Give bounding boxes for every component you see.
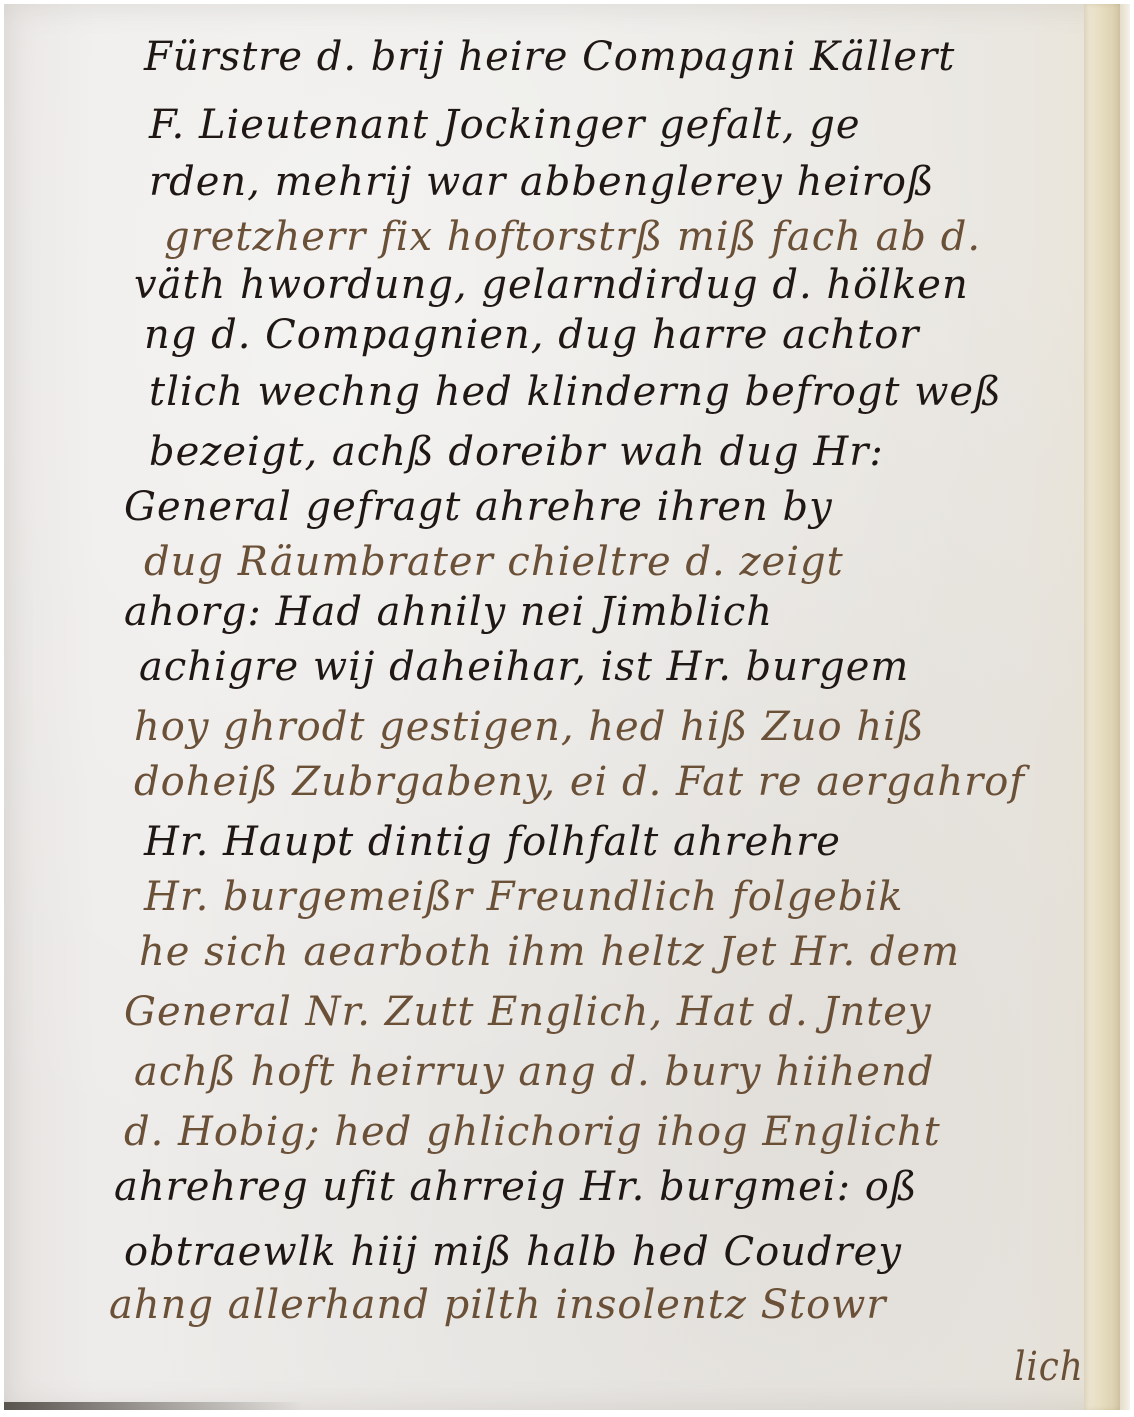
handwritten-line: dug Räumbrater chieltre d. zeigt bbox=[144, 539, 844, 585]
handwritten-line: rden, mehrij war abbenglerey heiroß bbox=[149, 159, 935, 205]
handwritten-line: lich bbox=[1014, 1344, 1084, 1390]
handwritten-line: he sich aearboth ihm heltz Jet Hr. dem bbox=[139, 929, 960, 975]
handwritten-line: ahng allerhand pilth insolentz Stowr bbox=[109, 1282, 887, 1328]
handwritten-line: bezeigt, achß doreibr wah dug Hr: bbox=[149, 429, 884, 475]
handwritten-line: tlich wechng hed klinderng befrogt weß bbox=[149, 369, 1002, 415]
handwritten-line: F. Lieutenant Jockinger gefalt, ge bbox=[149, 102, 861, 148]
handwritten-line: General gefragt ahrehre ihren by bbox=[124, 484, 833, 530]
handwritten-line: Hr. burgemeißr Freundlich folgebik bbox=[144, 874, 904, 920]
handwritten-line: d. Hobig; hed ghlichorig ihog Englicht bbox=[124, 1109, 941, 1155]
handwritten-line: gretzherr fix hoftorstrß miß fach ab d. bbox=[164, 214, 981, 260]
handwritten-line: doheiß Zubrgabeny, ei d. Fat re aergahro… bbox=[134, 759, 1025, 805]
handwritten-line: Fürstre d. brij heire Compagni Källert bbox=[144, 34, 955, 80]
handwritten-line: General Nr. Zutt Englich, Hat d. Jntey bbox=[124, 989, 932, 1035]
handwritten-line: ahorg: Had ahnily nei Jimblich bbox=[124, 589, 773, 635]
manuscript-page: Fürstre d. brij heire Compagni Källert F… bbox=[4, 4, 1130, 1410]
handwritten-line: achigre wij daheihar, ist Hr. burgem bbox=[139, 644, 909, 690]
handwritten-line: achß hoft heirruy ang d. bury hiihend bbox=[134, 1049, 934, 1095]
handwritten-text-block: Fürstre d. brij heire Compagni Källert F… bbox=[4, 4, 1130, 1410]
handwritten-line: väth hwordung, gelarndirdug d. hölken bbox=[134, 262, 969, 308]
handwritten-line: obtraewlk hiij miß halb hed Coudrey bbox=[124, 1229, 902, 1275]
handwritten-line: Hr. Haupt dintig folhfalt ahrehre bbox=[144, 819, 841, 865]
handwritten-line: ahrehreg ufit ahrreig Hr. burgmei: oß bbox=[114, 1164, 918, 1210]
handwritten-line: hoy ghrodt gestigen, hed hiß Zuo hiß bbox=[134, 704, 925, 750]
handwritten-line: ng d. Compagnien, dug harre achtor bbox=[144, 312, 919, 358]
